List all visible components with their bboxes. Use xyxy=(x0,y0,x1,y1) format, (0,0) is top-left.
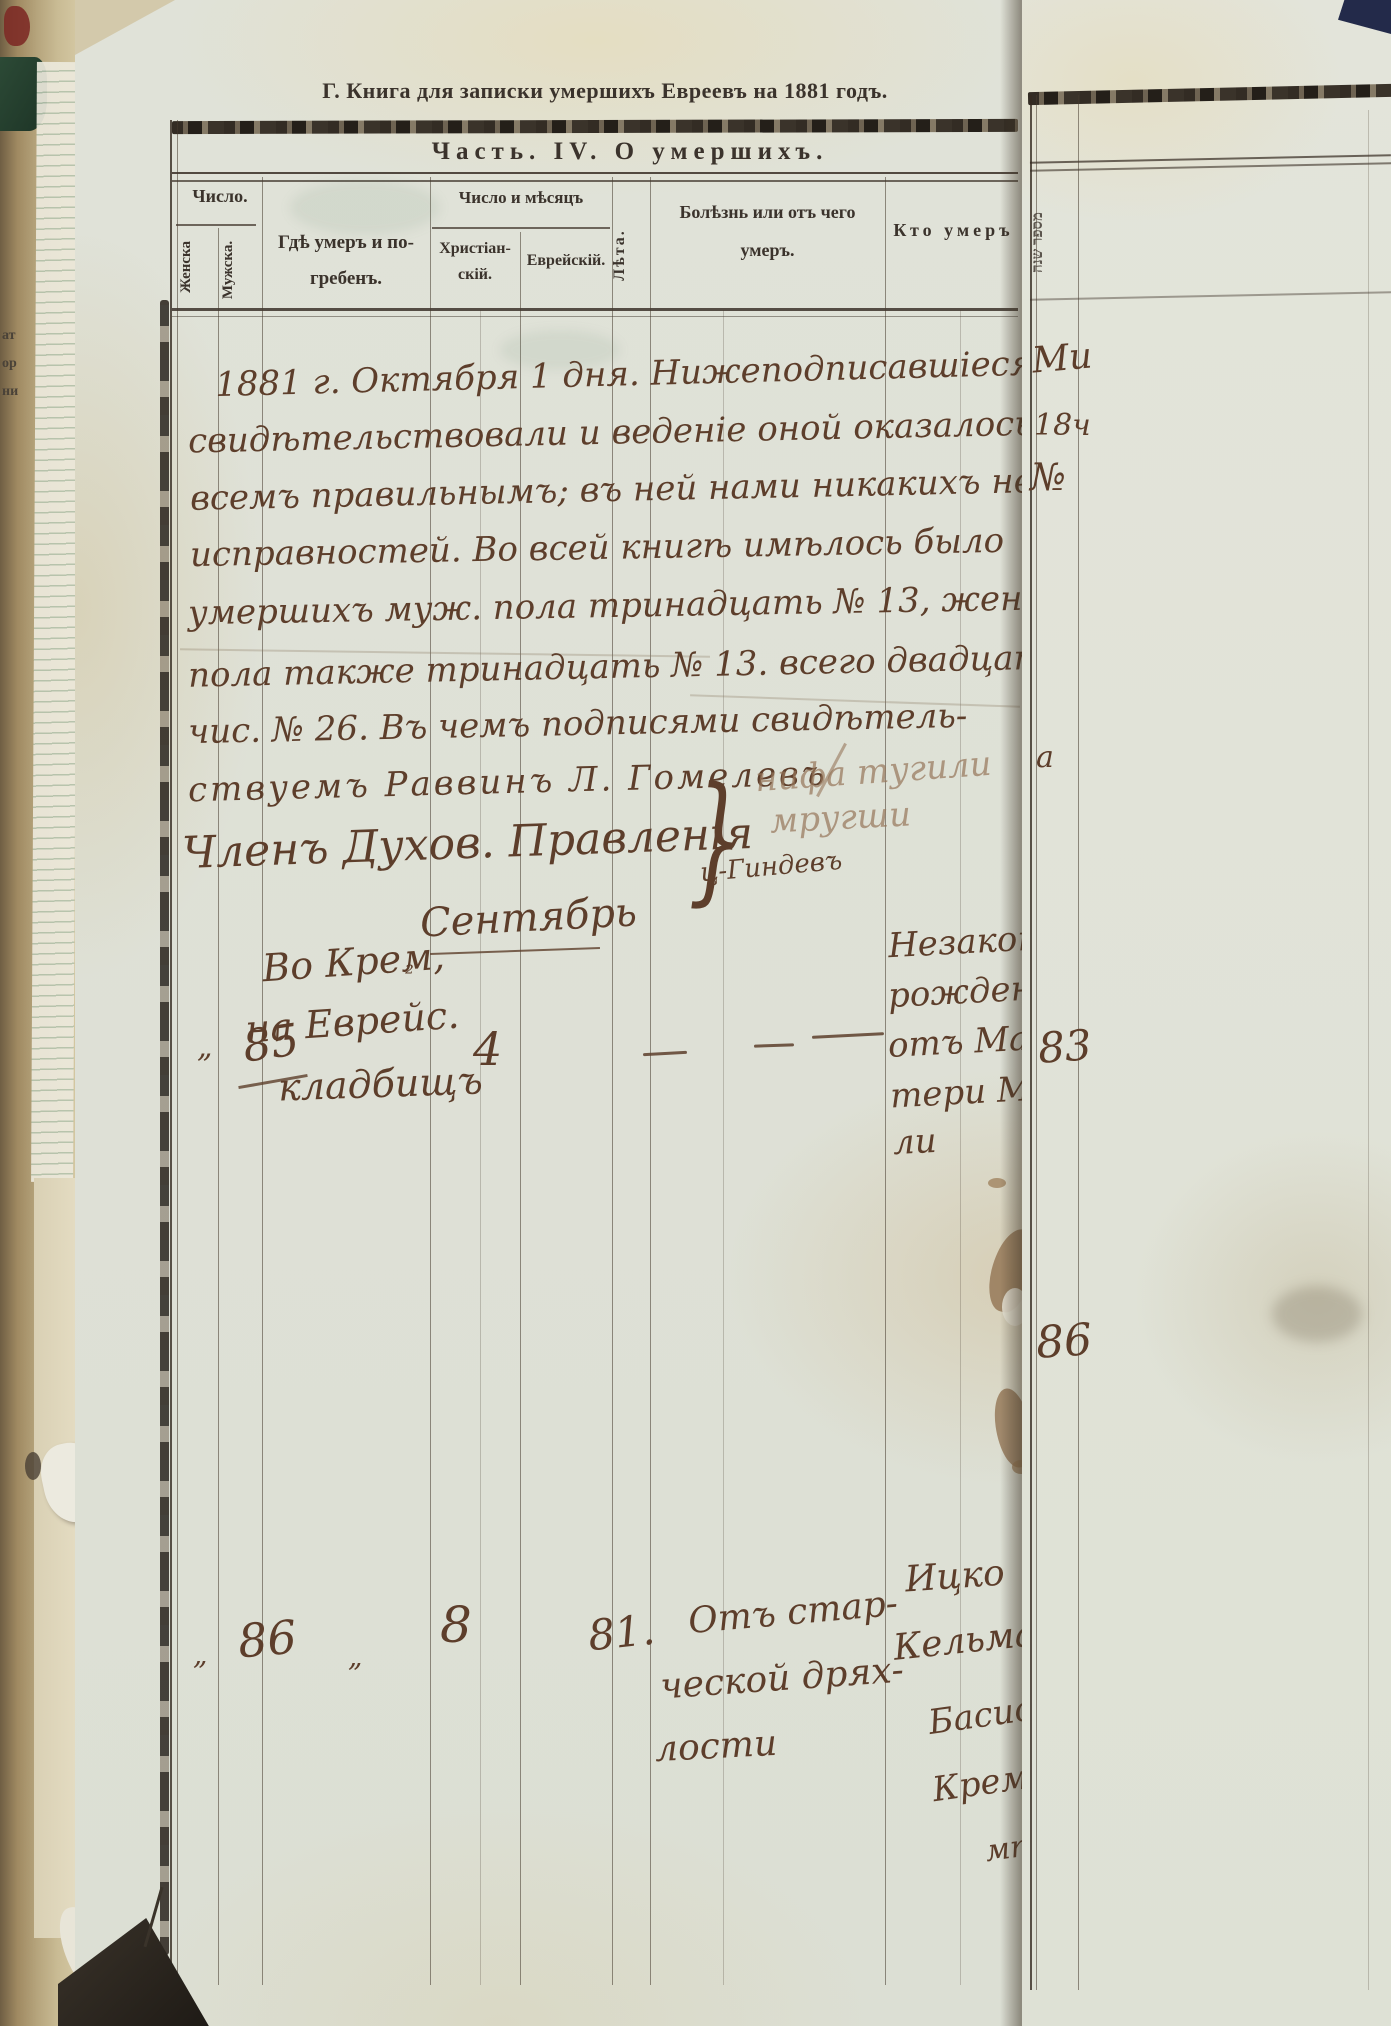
right-page-fragment: № xyxy=(1030,455,1066,499)
right-page-fragment: Ми xyxy=(1030,335,1093,381)
page-corner-fold xyxy=(75,0,175,55)
right-page-fragment: 18ч xyxy=(1034,408,1091,443)
record85-place-line1: Во Крем, xyxy=(261,934,446,991)
record85-who-line: ли xyxy=(892,1121,938,1163)
paper-crumple-shadow xyxy=(1272,1286,1362,1342)
rotated-label-age: Лѣта. xyxy=(611,219,651,291)
column-header-cause-line1: Болѣзнь или отъ чего xyxy=(650,202,885,223)
header-bottom-rule xyxy=(172,308,1018,317)
signature-brace: } xyxy=(688,756,745,922)
rotated-label-female: Женска xyxy=(178,231,218,303)
right-page-row-number: 86 xyxy=(1034,1314,1093,1369)
month-underline xyxy=(430,947,600,955)
right-page-fragment: а xyxy=(1036,740,1054,775)
edge-text-fragment: ни xyxy=(2,384,18,400)
table-border-left-inner xyxy=(177,120,178,1980)
column-header-date-group: Число и мѣсяцъ xyxy=(430,188,612,208)
hebrew-column-header: מספר שנה xyxy=(1030,185,1047,300)
right-table-top-border xyxy=(1028,84,1391,105)
right-header-bottom-rule xyxy=(1030,291,1391,301)
certification-line: всемъ правильнымъ; въ ней нами никакихъ … xyxy=(190,461,1022,519)
record86-age: 81. xyxy=(586,1605,658,1661)
stacked-page-edges-plain xyxy=(34,1178,78,1938)
table-border-left-outer xyxy=(170,120,172,1980)
flourish-mark: ² xyxy=(405,962,414,987)
column-header-cause-line2: умеръ. xyxy=(650,240,885,261)
column-header-christian-line2: скій. xyxy=(430,266,520,284)
part-title: Часть. IV. О умершихъ. xyxy=(430,138,830,166)
pencil-scribble: нифа тугили xyxy=(754,744,993,800)
date-group-underline xyxy=(432,227,610,229)
book-masthead-title: Г. Книга для записки умершихъ Евреевъ на… xyxy=(305,78,905,104)
right-page-row-number: 83 xyxy=(1036,1020,1093,1073)
record85-place-line2: на Еврейс. xyxy=(244,993,461,1052)
page-edge-shadow-band xyxy=(160,300,169,1955)
navy-corner-cover xyxy=(1338,0,1391,34)
record85-female-mark: „ xyxy=(197,1030,213,1065)
record86-cause-line: лости xyxy=(654,1723,778,1770)
column-header-place-line1: Гдѣ умеръ и по- xyxy=(262,232,430,254)
number-group-underline xyxy=(176,224,256,226)
register-page-main: Г. Книга для записки умершихъ Евреевъ на… xyxy=(75,0,1022,2026)
title-rule xyxy=(172,172,1018,182)
column-line-cause-who xyxy=(885,177,886,1985)
dark-tear-spot xyxy=(25,1452,41,1480)
record86-place-mark: „ xyxy=(348,1640,363,1673)
edge-text-fragment: ат xyxy=(2,328,16,344)
record86-female-mark: „ xyxy=(193,1638,208,1671)
month-section-label: Сентябрь xyxy=(419,889,638,946)
binding-maroon-stain xyxy=(4,6,30,46)
ink-ghost-mark xyxy=(290,180,440,235)
record85-dash-cause xyxy=(754,1043,794,1047)
record86-cause-line: Отъ стар- xyxy=(687,1583,900,1642)
right-table-border-outer xyxy=(1030,95,1032,1990)
certification-line: пола также тринадцать № 13. всего двадца… xyxy=(188,636,1022,695)
certification-line: свидѣтельствовали и веденіе оной оказало… xyxy=(188,402,1022,461)
record85-christian-day: 4 xyxy=(473,1022,502,1076)
record85-dash-cause xyxy=(812,1032,884,1039)
rotated-label-male: Мужска. xyxy=(220,234,260,306)
record86-who-line: Ицко xyxy=(904,1553,1006,1601)
certification-member-title: Членъ Духов. Правленія xyxy=(181,808,754,879)
certification-line: чис. № 26. Въ чемъ подписями свидѣтель- xyxy=(188,696,968,752)
pencil-scribble: мругши xyxy=(769,794,912,841)
certification-line: исправностей. Во всей книгѣ имѣлось было xyxy=(190,521,1005,575)
record86-cause-line: ческой дрях- xyxy=(659,1650,905,1708)
record86-christian-day: 8 xyxy=(440,1596,472,1654)
column-header-christian-line1: Христіан- xyxy=(430,240,520,258)
column-header-number-group: Число. xyxy=(172,186,268,207)
record85-place-line3: кладбищъ xyxy=(277,1058,483,1109)
stacked-page-edges-ruled xyxy=(31,62,79,1182)
record86-number: 86 xyxy=(236,1610,299,1669)
column-header-place-line2: гребенъ. xyxy=(262,268,430,290)
certification-line: умершихъ муж. пола тринадцать № 13, жен. xyxy=(188,579,1022,634)
scanned-register-page: ат ор ни Г. Книга для записки умершихъ Е… xyxy=(0,0,1391,2026)
edge-text-fragment: ор xyxy=(2,356,17,372)
table-top-border xyxy=(172,119,1018,134)
right-faint-line xyxy=(1368,110,1369,1990)
column-header-jewish: Еврейскій. xyxy=(520,252,612,270)
right-title-rule xyxy=(1030,154,1391,172)
register-page-right-partial: מספר שנה Ми 18ч № а 83 86 xyxy=(1022,0,1391,2026)
